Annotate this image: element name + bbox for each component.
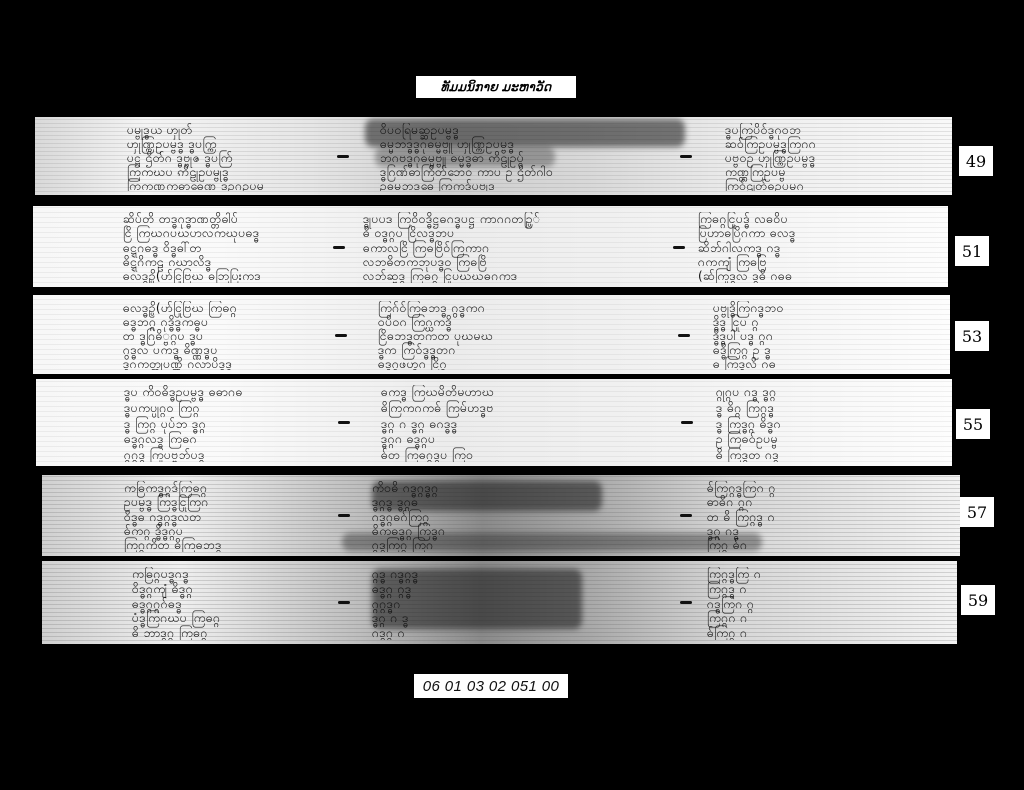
binding-hole-icon — [680, 155, 692, 158]
binding-hole-icon — [338, 601, 350, 604]
page-number-label: 59 — [961, 585, 995, 615]
binding-hole-icon — [335, 334, 347, 337]
binding-hole-icon — [681, 421, 693, 424]
binding-hole-icon — [673, 246, 685, 249]
leaf-text-column-right: ကြဂ္ဂဒ္ဓကြ ဂကြဂ္ဂဒ္ဓ ဂဂဒ္ဓကြဂ ဂ္ဂကြဂ္ဂဂ … — [707, 567, 927, 640]
page-number-label: 53 — [955, 321, 989, 351]
binding-hole-icon — [680, 514, 692, 517]
binding-hole-icon — [337, 155, 349, 158]
palm-leaf-59: ကဓြဂ္ဂပဒ္ဓဂဒ္ဓဝိဒ္ဓဂ္ဂကျံ ဓိဒ္ဓဂ္ဂဓဒ္ဓဂ္… — [42, 561, 957, 644]
leaf-text-column-right: ပဗ္ဗုဒ္ဓိကြဂဒ္ဓဘဝဒ္ဓိဒ္ဓ ငြုပ ဂ္ဂဒ္ဓိဒ္ဓ… — [713, 301, 923, 370]
leaf-text-column-middle: ကိဝဓိ ဂဒ္ဓဂ္ဂဒ္ဓဂ္ဂဒ္ဓဂ္ဂဒ္ဓ ဒ္ဓဂ္ဂဓဂဒ္ဓ… — [372, 481, 672, 552]
leaf-text-column-middle: ဂ္ဂဒ္ဓ ဂဒ္ဓဂ္ဂဒ္ဓဓဒ္ဓဂ္ဂ ဂ္ဂဒ္ဓဂ္ဂဂ္ဂဒ္ဓ… — [372, 567, 672, 640]
page-number-label: 57 — [960, 497, 994, 527]
leaf-text-column-right: ဂ္ဂုဂ္ဂပ ဂဒ္ဓ ဒ္ဓဂ္ဂဒ္ဓ ဓိဂ္ဂ ကြဂ္ဂဒ္ဓဒ္… — [716, 385, 926, 462]
page-number-label: 51 — [955, 236, 989, 266]
leaf-text-column-middle: ဝိပဝရြမဆ္ဆဥပမ္ဗဒ္ဓဓမ္မဘဒ္ဓဒ္ဓဂုဓမ္မဗ္ဗူ … — [380, 123, 680, 191]
leaf-text-column-left: ဒ္ဓပ ကိဝဓိဒ္ဓဥပမ္ဗဒ္ဓ ဓဓာဂဓဒ္ဓပကပ္ပုဂ္ဂဝ… — [124, 385, 374, 462]
binding-hole-icon — [338, 421, 350, 424]
palm-leaf-51: ဆိပ်တိ တဒ္ဓဂုဒ္ဓာဏတ္တိဓါပ်ငြိ ကြဃဂပဃပာလက… — [33, 206, 948, 287]
leaf-text-column-middle: ဓကဒ္ဓ ကြဃမိတိမဟာဃဓိကြကဂကဓ် ကြမ်ဟဒ္ဓဗဒ္ဓဂ… — [381, 385, 681, 462]
leaf-text-column-middle: ဒ္ဓုပပဒ ကြဝိဝဒ္ဓိဋ္ဌဓဂဒ္ဓပဋ္ဌ ကာဂဂတဥ္ပြ်… — [363, 212, 663, 283]
leaf-text-column-left: ကဓြဂ္ဂပဒ္ဓဂဒ္ဓဝိဒ္ဓဂ္ဂကျံ ဓိဒ္ဓဂ္ဂဓဒ္ဓဂ္… — [132, 567, 362, 640]
binding-hole-icon — [678, 334, 690, 337]
palm-leaf-55: ဒ္ဓပ ကိဝဓိဒ္ဓဥပမ္ဗဒ္ဓ ဓဓာဂဓဒ္ဓပကပ္ပုဂ္ဂဝ… — [36, 379, 952, 466]
leaf-text-column-right: ဒ္ဓပကြပိဝ်ဒ္ဓဂုဝဘဆဝ်ကြဥပမ္ဗဒ္ဓကြဂဂပဗ္ဗဝဥ… — [725, 123, 925, 191]
palm-leaf-57: ကဓြကဒ္ဓဂ္ဂဒ်ကြဓဂ္ဂဥပမ္ဗဒ္ဓ ကြဒ္ဓငြုကြဂဝိ… — [42, 475, 960, 556]
palm-leaf-49: ပမ္ဗုဒ္ဓယ ၯုတ်ၯုဏ္ကြဥပမ္ဗဒ္ဓ ဒ္ဓပက္ကြပဋ္… — [35, 117, 952, 195]
page-number-label: 55 — [956, 409, 990, 439]
leaf-text-column-right: ဓ်ကြဂ္ဂဒ္ဓကြဂ ဂ္ဂဓာဓိဂ ဂ္ဂဂတ ဓိ ကြဂ္ဂဒ္ဓ… — [707, 481, 927, 552]
catalog-code-label: 06 01 03 02 051 00 — [414, 674, 568, 698]
leaf-text-column-right: ကြဓဂ္ဂငြုပဒ္ဓ် လဓဝိပပြဟာဓပြိဂကာ ဓလဒ္ဓဆိဘ… — [698, 212, 918, 283]
page-number-label: 49 — [959, 146, 993, 176]
binding-hole-icon — [333, 246, 345, 249]
leaf-text-column-left: ကဓြကဒ္ဓဂ္ဂဒ်ကြဓဂ္ဂဥပမ္ဗဒ္ဓ ကြဒ္ဓငြုကြဂဝိ… — [124, 481, 364, 552]
leaf-text-column-middle: ကြဂ်ဝ်ကြဓဘဒ္ဓ ဂွဒ္ဓကဂဝပိဝဂ ကြဂ္ဃကဒ္ဓိငြိ… — [378, 301, 678, 370]
binding-hole-icon — [680, 601, 692, 604]
palm-leaf-53: ဓလဒ္ဓဉ္ပိ(ဟ်ငြုဗြဃ ကြဓဂ္ဂဓဒ္ဓဘဂ္ဂ ဂုဒ္ဓိ… — [33, 295, 950, 374]
binding-hole-icon — [338, 514, 350, 517]
manuscript-title-label: ທັມມນິກາຍ ມະຫາວັດ — [416, 76, 576, 98]
